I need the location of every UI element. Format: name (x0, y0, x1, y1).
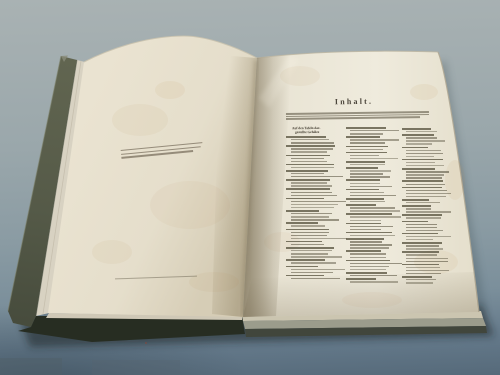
print-line (350, 164, 385, 165)
print-line (402, 168, 435, 170)
print-line (350, 269, 386, 270)
print-line (402, 159, 443, 161)
print-line (346, 167, 378, 169)
print-line (286, 145, 335, 147)
print-line (350, 229, 380, 230)
print-line (346, 213, 392, 215)
print-line (291, 139, 330, 140)
print-line (350, 158, 398, 159)
print-line (291, 142, 335, 143)
print-line (406, 245, 439, 246)
dust-speck (145, 342, 147, 344)
print-line (291, 256, 343, 257)
print-line (406, 156, 434, 157)
print-line (402, 147, 428, 149)
print-line (350, 241, 381, 242)
print-line (291, 158, 325, 159)
print-line (406, 196, 446, 197)
contents-column-3 (402, 128, 448, 285)
print-line (406, 239, 433, 240)
print-line (350, 183, 379, 184)
print-line (286, 210, 319, 212)
print-line (286, 241, 322, 243)
print-line (406, 279, 436, 280)
print-line (350, 139, 399, 140)
print-line (406, 165, 444, 166)
print-line (346, 189, 379, 191)
print-line (346, 232, 392, 234)
print-line (350, 195, 396, 196)
print-line (286, 222, 318, 224)
print-line (406, 211, 451, 212)
print-line (406, 171, 449, 172)
print-line (402, 205, 431, 207)
contents-column-1 (286, 136, 343, 281)
print-line (286, 170, 328, 172)
print-line (291, 238, 347, 239)
print-line (406, 150, 441, 151)
print-line (346, 161, 385, 163)
print-line (406, 208, 431, 209)
print-line (286, 155, 330, 157)
print-line (402, 242, 442, 244)
print-line (291, 173, 325, 174)
print-line (406, 184, 445, 185)
print-line (286, 275, 324, 277)
print-line (346, 278, 376, 280)
print-line (406, 227, 437, 228)
print-line (350, 266, 389, 267)
print-line (350, 170, 391, 171)
print-line (350, 155, 379, 156)
print-line (406, 267, 440, 268)
print-line (406, 248, 443, 249)
column1-heading: Auf den Tafeln dar- gestellte Gehölze (292, 126, 342, 134)
print-line (286, 229, 329, 231)
print-line (291, 235, 328, 236)
print-line (291, 272, 333, 273)
print-line (291, 151, 327, 152)
print-line (286, 266, 318, 268)
print-line (291, 250, 333, 251)
print-line (406, 236, 451, 237)
print-line (350, 176, 390, 177)
print-line (291, 244, 325, 245)
print-line (291, 232, 329, 233)
print-line (291, 213, 332, 214)
print-line (406, 202, 440, 203)
print-line (406, 174, 445, 175)
print-line (286, 164, 334, 166)
column1-heading-line2: gestellte Gehölze (295, 130, 342, 134)
print-line (291, 219, 339, 220)
print-line (350, 186, 392, 187)
print-line (291, 167, 335, 168)
print-line (350, 226, 393, 227)
print-line (346, 146, 388, 148)
print-line (406, 270, 449, 271)
print-line (291, 278, 340, 279)
print-line (402, 233, 438, 235)
print-line (346, 127, 386, 129)
print-line (350, 142, 384, 143)
print-line (346, 179, 380, 181)
print-line (291, 204, 339, 205)
print-line (350, 173, 383, 174)
print-line (350, 235, 395, 236)
contents-column-2 (346, 127, 398, 284)
print-line (402, 276, 432, 278)
print-line (406, 162, 436, 163)
print-line (286, 116, 420, 119)
print-line (402, 199, 429, 201)
print-line (346, 260, 390, 262)
print-line (291, 201, 346, 202)
print-line (350, 275, 397, 276)
print-line (291, 161, 328, 162)
print-line (291, 182, 327, 183)
print-line (406, 230, 443, 231)
print-line (350, 210, 400, 211)
print-line (346, 272, 387, 274)
print-line (350, 201, 385, 202)
print-line (291, 195, 337, 196)
book-photo: Inhalt. Auf den Tafeln dar- gestellte Ge… (0, 0, 500, 375)
print-line (406, 153, 443, 154)
print-line (406, 261, 448, 262)
print-line (286, 247, 334, 249)
print-line (286, 179, 330, 181)
print-line (350, 263, 402, 264)
print-line (402, 214, 442, 216)
print-line (406, 140, 445, 141)
print-line (406, 177, 443, 178)
print-line (346, 136, 380, 138)
print-line (402, 221, 428, 223)
print-line (350, 130, 399, 131)
print-line (402, 180, 443, 182)
print-line (402, 187, 442, 189)
print-line (406, 258, 449, 259)
print-line (350, 244, 392, 245)
print-line (406, 190, 448, 191)
print-line (406, 224, 437, 225)
print-line (402, 251, 439, 253)
print-line (286, 188, 330, 190)
print-line (406, 254, 438, 255)
print-line (350, 149, 383, 150)
print-line (350, 253, 386, 254)
print-line (350, 192, 384, 193)
print-line (286, 136, 326, 138)
print-line (402, 128, 431, 130)
print-line (406, 193, 452, 194)
print-line (291, 253, 328, 254)
print-line (350, 133, 383, 134)
print-line (406, 143, 432, 144)
print-line (402, 134, 434, 136)
print-line (291, 207, 334, 208)
print-line (346, 152, 387, 154)
print-line (350, 247, 389, 248)
print-line (346, 238, 384, 240)
print-line (291, 225, 325, 226)
print-line (286, 198, 324, 200)
print-line (291, 216, 330, 217)
print-line (350, 207, 395, 208)
print-line (350, 257, 386, 258)
print-line (346, 250, 381, 252)
print-line (291, 185, 332, 186)
print-line (346, 223, 381, 225)
print-line (291, 148, 334, 149)
print-line (346, 204, 376, 206)
print-line (406, 282, 433, 283)
print-line (291, 192, 332, 193)
contents-title: Inhalt. (322, 97, 386, 107)
print-line (350, 216, 401, 217)
print-line (406, 273, 441, 274)
print-line (402, 264, 439, 266)
print-line (346, 198, 384, 200)
print-line (291, 176, 343, 177)
print-line (291, 262, 337, 263)
print-line (406, 131, 437, 132)
print-line (350, 281, 398, 282)
print-line (286, 259, 325, 261)
print-line (406, 137, 437, 138)
print-line (291, 269, 346, 270)
print-line (350, 220, 381, 221)
print-line (406, 217, 441, 218)
